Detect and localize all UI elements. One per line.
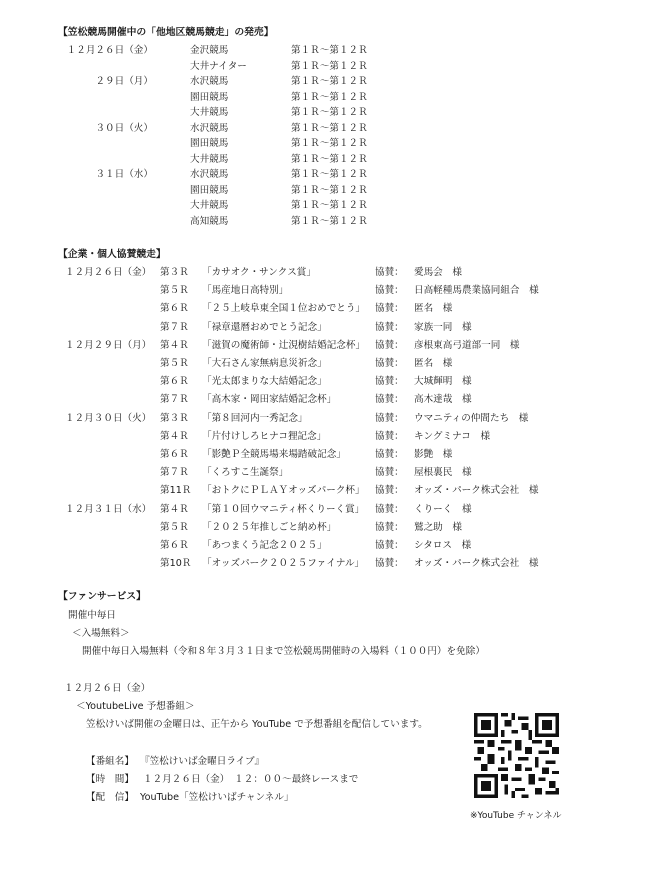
sponsor-label: 協賛： [375,414,404,424]
sponsor-name: キングミナコ 様 [414,432,490,442]
sponsor-label: 協賛： [375,468,404,478]
free-entry-title: ＜入場無料＞ [72,629,130,639]
race-venue: 水沢競馬 [190,170,228,180]
youtube-description: 笠松けいば開催の金曜日は、正午から YouTube で予想番組を配信しています。 [86,720,428,730]
other-race-row: 大井ナイター第１Ｒ～第１２Ｒ [0,62,648,78]
race-range: 第１Ｒ～第１２Ｒ [291,124,368,134]
other-races-heading: 【笠松競馬開催中の「他地区競馬競走」の発売】 [58,28,274,38]
race-venue: 大井競馬 [190,155,228,165]
sponsor-name: シタロス 様 [414,541,471,551]
sponsored-race-row: 第５Ｒ「２０２５年推しごと納め杯」協賛：鷲之助 様 [0,523,648,539]
youtube-date-label: １２月２６日（金） [64,684,150,694]
sponsored-race-row: 第５Ｒ「大石さん家無病息災祈念」協賛：匿名 様 [0,359,648,375]
race-range: 第１Ｒ～第１２Ｒ [291,139,368,149]
race-venue: 水沢競馬 [190,77,228,87]
every-day-label: 開催中毎日 [68,611,116,621]
race-venue: 大井ナイター [190,62,247,72]
sponsor-name: 日高軽種馬農業協同組合 様 [414,286,539,296]
sponsor-name: オッズ・パーク株式会社 様 [414,559,538,569]
youtube-qr-code-icon[interactable] [474,713,559,798]
race-venue: 園田競馬 [190,139,228,149]
race-date: １２月３１日（水） [65,505,151,515]
sponsor-name: 彦根東高弓道部一同 様 [414,341,520,351]
other-race-row: 大井競馬第１Ｒ～第１２Ｒ [0,155,648,171]
other-race-row: 園田競馬第１Ｒ～第１２Ｒ [0,139,648,155]
race-range: 第１Ｒ～第１２Ｒ [291,77,368,87]
sponsor-label: 協賛： [375,395,404,405]
race-number: 第４Ｒ [160,432,189,442]
sponsor-name: オッズ・パーク株式会社 様 [414,486,538,496]
race-range: 第１Ｒ～第１２Ｒ [291,93,368,103]
race-date: １２月２９日（月） [65,341,151,351]
sponsored-race-row: 第４Ｒ「片付けしろヒナコ狸記念」協賛：キングミナコ 様 [0,432,648,448]
race-number: 第５Ｒ [160,359,189,369]
race-number: 第４Ｒ [160,505,189,515]
race-range: 第１Ｒ～第１２Ｒ [291,201,368,211]
other-race-row: 大井競馬第１Ｒ～第１２Ｒ [0,201,648,217]
sponsored-races-heading: 【企業・個人協賛競走】 [58,250,166,260]
sponsored-race-row: １２月２９日（月）第４Ｒ「滋賀の魔術師・辻涀樹結婚記念杯」協賛：彦根東高弓道部一… [0,341,648,357]
sponsor-label: 協賛： [375,377,404,387]
sponsor-name: ウマニティの仲間たち 様 [414,414,528,424]
sponsored-race-row: １２月３０日（火）第３Ｒ「第８回河内一秀記念」協賛：ウマニティの仲間たち 様 [0,414,648,430]
race-range: 第１Ｒ～第１２Ｒ [291,155,368,165]
race-number: 第３Ｒ [160,268,189,278]
sponsor-label: 協賛： [375,286,404,296]
time-label: 【時 間】 [86,775,134,785]
sponsor-name: 匿名 様 [414,304,452,314]
race-title: 「おトクにＰＬＡＹオッズパーク杯」 [202,486,365,496]
time-value: １２月２６日（金） １２：００～最終レースまで [143,775,358,785]
race-title: 「馬産地日高特別」 [202,286,288,296]
race-title: 「くろすこ生誕祭」 [202,468,288,478]
race-number: 第３Ｒ [160,414,189,424]
sponsored-race-row: 第６Ｒ「あつまくう記念２０２５」協賛：シタロス 様 [0,541,648,557]
sponsor-name: 愛馬会 様 [414,268,462,278]
race-title: 「オッズパーク２０２５ファイナル」 [202,559,364,569]
other-race-row: １２月２６日（金）金沢競馬第１Ｒ～第１２Ｒ [0,46,648,62]
sponsored-race-row: １２月２６日（金）第３Ｒ「カサオク・サンクス賞」協賛：愛馬会 様 [0,268,648,284]
race-title: 「２０２５年推しごと納め杯」 [202,523,336,533]
race-title: 「片付けしろヒナコ狸記念」 [202,432,326,442]
race-venue: 高知競馬 [190,217,228,227]
race-date: ３０日（火） [95,124,153,134]
sponsored-race-row: 第５Ｒ「馬産地日高特別」協賛：日高軽種馬農業協同組合 様 [0,286,648,302]
race-date: １２月２６日（金） [67,46,153,56]
race-range: 第１Ｒ～第１２Ｒ [291,217,368,227]
race-range: 第１Ｒ～第１２Ｒ [291,108,368,118]
sponsor-label: 協賛： [375,505,404,515]
other-race-row: ３０日（火）水沢競馬第１Ｒ～第１２Ｒ [0,124,648,140]
other-race-row: 高知競馬第１Ｒ～第１２Ｒ [0,217,648,233]
race-number: 第10Ｒ [160,559,191,569]
race-number: 第６Ｒ [160,541,189,551]
race-number: 第５Ｒ [160,523,189,533]
race-venue: 園田競馬 [190,93,228,103]
race-title: 「あつまくう記念２０２５」 [202,541,327,551]
sponsored-race-row: 第７Ｒ「高木家・岡田家結婚記念杯」協賛：高木達哉 様 [0,395,648,411]
race-venue: 大井競馬 [190,201,228,211]
sponsor-name: 家族一同 様 [414,323,472,333]
race-number: 第７Ｒ [160,323,189,333]
race-date: １２月３０日（火） [65,414,151,424]
race-title: 「光太郎まりな大結婚記念」 [202,377,327,387]
race-venue: 水沢競馬 [190,124,228,134]
other-race-row: ２９日（月）水沢競馬第１Ｒ～第１２Ｒ [0,77,648,93]
other-race-row: 園田競馬第１Ｒ～第１２Ｒ [0,186,648,202]
qr-caption: ※YouTube チャンネル [470,812,561,821]
free-entry-text: 開催中毎日入場無料（令和８年３月３１日まで笠松競馬開催時の入場料（１００円）を免… [82,647,485,657]
race-venue: 園田競馬 [190,186,228,196]
race-date: ３１日（水） [95,170,153,180]
race-number: 第６Ｒ [160,304,189,314]
program-name-value: 『笠松けいば金曜日ライブ』 [140,757,264,767]
youtube-program-title: ＜YoutubeLive 予想番組＞ [76,702,195,712]
sponsored-race-row: 第６Ｒ「２５上岐阜東全国１位おめでとう」協賛：匿名 様 [0,304,648,320]
sponsored-race-row: 第７Ｒ「くろすこ生誕祭」協賛：屋根裏民 様 [0,468,648,484]
other-race-row: 大井競馬第１Ｒ～第１２Ｒ [0,108,648,124]
sponsor-name: 鷲之助 様 [414,523,462,533]
sponsored-race-row: １２月３１日（水）第４Ｒ「第１０回ウマニティ杯くりーく賞」協賛：くりーく 様 [0,505,648,521]
sponsor-label: 協賛： [375,559,404,569]
sponsor-label: 協賛： [375,432,404,442]
sponsor-name: 影艶 様 [414,450,452,460]
stream-label: 【配 信】 [86,793,134,803]
race-title: 「カサオク・サンクス賞」 [202,268,316,278]
sponsor-label: 協賛： [375,323,404,333]
race-number: 第６Ｒ [160,377,189,387]
sponsor-label: 協賛： [375,523,404,533]
race-date: １２月２６日（金） [65,268,151,278]
race-title: 「第８回河内一秀記念」 [202,414,308,424]
sponsor-label: 協賛： [375,541,404,551]
race-title: 「滋賀の魔術師・辻涀樹結婚記念杯」 [202,341,365,351]
race-title: 「高木家・岡田家結婚記念杯」 [202,395,336,405]
sponsor-label: 協賛： [375,359,404,369]
race-title: 「２５上岐阜東全国１位おめでとう」 [202,304,365,314]
race-number: 第11Ｒ [160,486,191,496]
sponsor-name: 屋根裏民 様 [414,468,472,478]
sponsored-race-row: 第６Ｒ「影艶Ｐ全競馬場来場踏破記念」協賛：影艶 様 [0,450,648,466]
race-range: 第１Ｒ～第１２Ｒ [291,186,368,196]
race-range: 第１Ｒ～第１２Ｒ [291,170,368,180]
race-title: 「影艶Ｐ全競馬場来場踏破記念」 [202,450,346,460]
race-number: 第７Ｒ [160,468,189,478]
sponsor-name: 匿名 様 [414,359,452,369]
sponsored-race-row: 第11Ｒ「おトクにＰＬＡＹオッズパーク杯」協賛：オッズ・パーク株式会社 様 [0,486,648,502]
stream-value: YouTube「笠松けいばチャンネル」 [140,793,294,803]
sponsor-label: 協賛： [375,486,404,496]
sponsored-race-row: 第10Ｒ「オッズパーク２０２５ファイナル」協賛：オッズ・パーク株式会社 様 [0,559,648,575]
race-venue: 大井競馬 [190,108,228,118]
race-number: 第５Ｒ [160,286,189,296]
race-title: 「大石さん家無病息災祈念」 [202,359,327,369]
other-race-row: 園田競馬第１Ｒ～第１２Ｒ [0,93,648,109]
race-number: 第４Ｒ [160,341,189,351]
sponsor-label: 協賛： [375,450,404,460]
sponsor-name: 大城輝明 様 [414,377,472,387]
race-title: 「禄章還暦おめでとう記念」 [202,323,327,333]
race-title: 「第１０回ウマニティ杯くりーく賞」 [202,505,364,515]
race-venue: 金沢競馬 [190,46,228,56]
sponsor-name: くりーく 様 [414,505,472,515]
program-name-label: 【番組名】 [86,757,134,767]
sponsored-race-row: 第６Ｒ「光太郎まりな大結婚記念」協賛：大城輝明 様 [0,377,648,393]
other-race-row: ３１日（水）水沢競馬第１Ｒ～第１２Ｒ [0,170,648,186]
race-range: 第１Ｒ～第１２Ｒ [291,62,368,72]
race-number: 第７Ｒ [160,395,189,405]
sponsor-label: 協賛： [375,268,404,278]
race-date: ２９日（月） [95,77,153,87]
race-range: 第１Ｒ～第１２Ｒ [291,46,368,56]
sponsor-label: 協賛： [375,341,404,351]
sponsor-name: 高木達哉 様 [414,395,472,405]
sponsored-race-row: 第７Ｒ「禄章還暦おめでとう記念」協賛：家族一同 様 [0,323,648,339]
fan-service-heading: 【ファンサービス】 [58,592,146,602]
sponsor-label: 協賛： [375,304,404,314]
race-number: 第６Ｒ [160,450,189,460]
